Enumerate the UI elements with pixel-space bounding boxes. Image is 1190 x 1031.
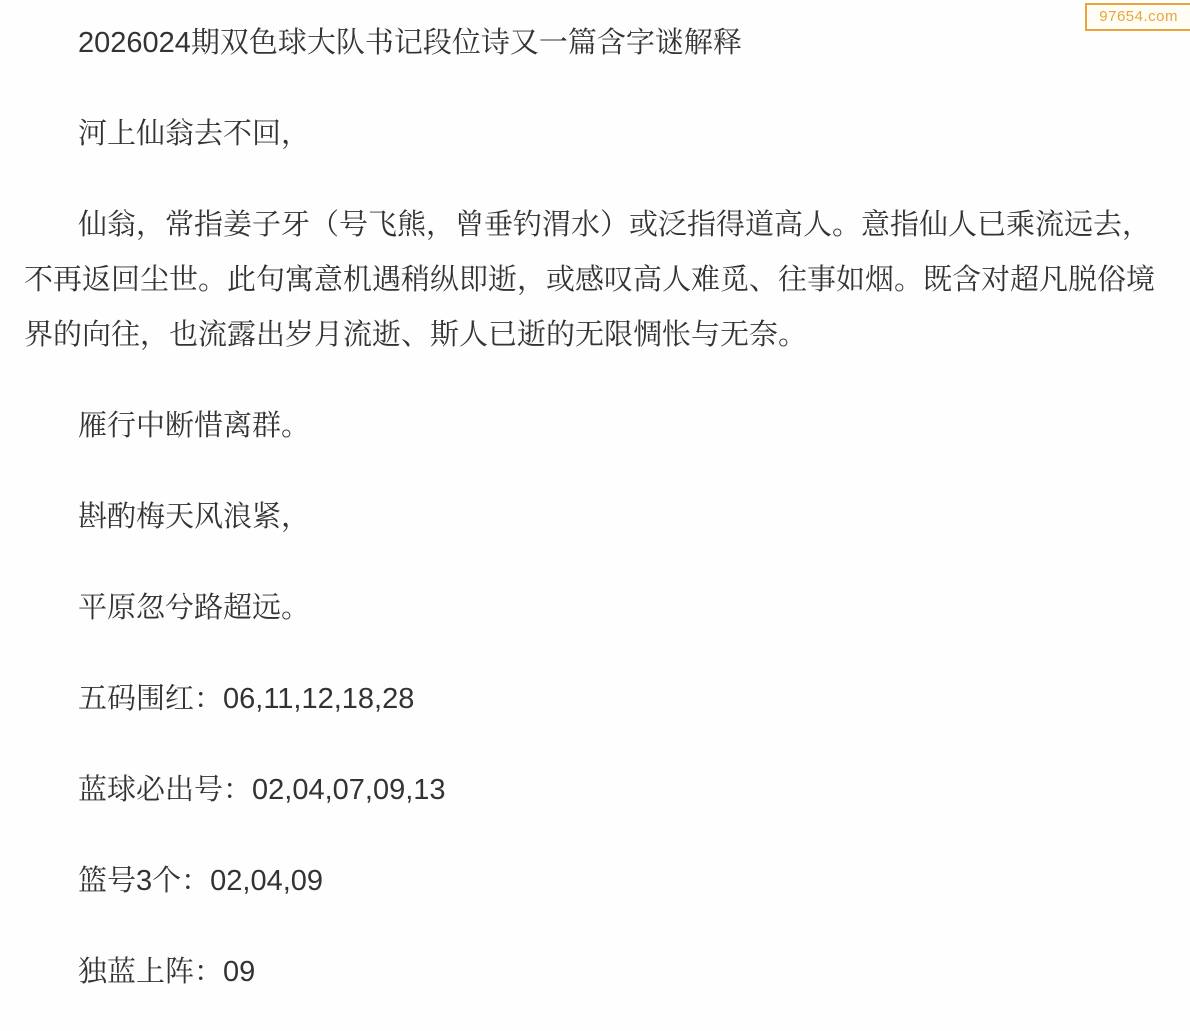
site-watermark-badge: 97654.com	[1085, 3, 1190, 31]
article-body: 2026024期双色球大队书记段位诗又一篇含字谜解释 河上仙翁去不回， 仙翁，常…	[0, 0, 1190, 1000]
poem-line-2: 雁行中断惜离群。	[24, 399, 1166, 454]
red-numbers-line: 五码围红：06,11,12,18,28	[24, 672, 1166, 727]
blue-must-numbers-line: 蓝球必出号：02,04,07,09,13	[24, 763, 1166, 818]
article-title: 2026024期双色球大队书记段位诗又一篇含字谜解释	[24, 16, 1166, 71]
single-blue-line: 独蓝上阵：09	[24, 945, 1166, 1000]
poem-line-3: 斟酌梅天风浪紧，	[24, 490, 1166, 545]
blue-three-numbers-line: 篮号3个：02,04,09	[24, 854, 1166, 909]
poem-explanation: 仙翁，常指姜子牙（号飞熊，曾垂钓渭水）或泛指得道高人。意指仙人已乘流远去，不再返…	[24, 198, 1166, 363]
poem-line-4: 平原忽兮路超远。	[24, 581, 1166, 636]
poem-line-1: 河上仙翁去不回，	[24, 107, 1166, 162]
